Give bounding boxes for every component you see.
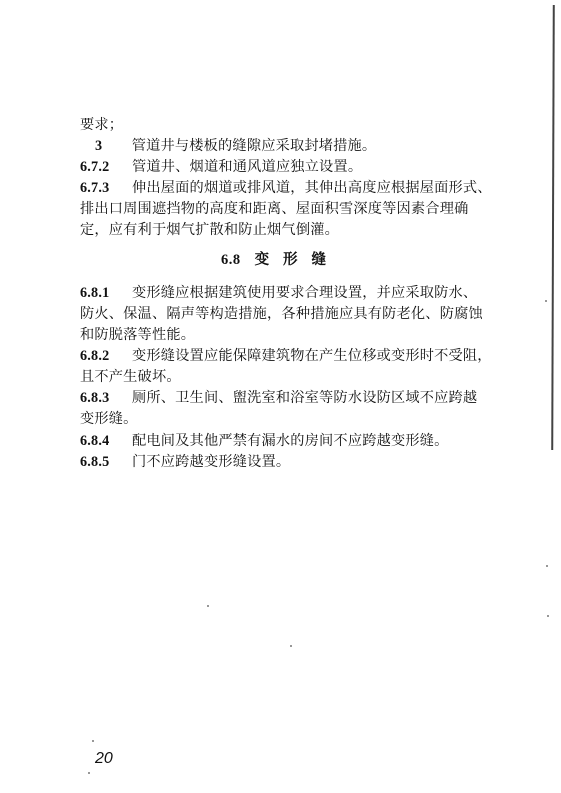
page-number: 20 bbox=[95, 750, 113, 768]
text-line-continuation: 要求； bbox=[80, 115, 484, 136]
line-text: 变形缝设置应能保障建筑物在产生位移或变形时不受阻， bbox=[132, 348, 492, 364]
clause-6-7-2: 6.7.2管道井、烟道和通风道应独立设置。 bbox=[80, 157, 484, 178]
clause-6-8-4: 6.8.4配电间及其他严禁有漏水的房间不应跨越变形缝。 bbox=[80, 431, 484, 452]
clause-6-8-1: 6.8.1变形缝应根据建筑使用要求合理设置，并应采取防水、 bbox=[80, 283, 484, 304]
line-text: 厕所、卫生间、盥洗室和浴室等防水设防区域不应跨越 bbox=[132, 390, 477, 406]
item-number: 3 bbox=[95, 136, 115, 157]
clause-6-8-1-cont: 防火、保温、隔声等构造措施，各种措施应具有防老化、防腐蚀 bbox=[80, 304, 484, 325]
line-text: 变形缝应根据建筑使用要求合理设置，并应采取防水、 bbox=[132, 285, 477, 301]
line-text: 定，应有利于烟气扩散和防止烟气倒灌。 bbox=[80, 222, 339, 238]
clause-number: 6.8.1 bbox=[80, 283, 132, 304]
clause-6-8-3: 6.8.3厕所、卫生间、盥洗室和浴室等防水设防区域不应跨越 bbox=[80, 388, 484, 409]
line-text: 管道井与楼板的缝隙应采取封堵措施。 bbox=[132, 138, 377, 154]
scan-edge-line bbox=[551, 5, 555, 450]
line-text: 和防脱落等性能。 bbox=[80, 327, 195, 343]
scan-speck bbox=[88, 772, 90, 774]
line-text: 伸出屋面的烟道或排风道，其伸出高度应根据屋面形式、 bbox=[132, 180, 492, 196]
clause-number: 6.8.3 bbox=[80, 388, 132, 409]
list-item-3: 3 管道井与楼板的缝隙应采取封堵措施。 bbox=[95, 136, 499, 157]
section-heading: 6.8变形缝 bbox=[0, 248, 561, 269]
line-text: 且不产生破坏。 bbox=[80, 369, 181, 385]
line-text: 变形缝。 bbox=[80, 411, 138, 427]
document-page: 要求； 3 管道井与楼板的缝隙应采取封堵措施。 6.7.2管道井、烟道和通风道应… bbox=[0, 0, 561, 793]
section-title: 变形缝 bbox=[255, 251, 341, 268]
clause-6-7-3: 6.7.3伸出屋面的烟道或排风道，其伸出高度应根据屋面形式、 bbox=[80, 178, 484, 199]
line-text: 要求； bbox=[80, 117, 123, 133]
clause-number: 6.8.4 bbox=[80, 431, 132, 452]
clause-number: 6.8.5 bbox=[80, 452, 132, 473]
line-text: 防火、保温、隔声等构造措施，各种措施应具有防老化、防腐蚀 bbox=[80, 306, 483, 322]
scan-speck bbox=[290, 645, 292, 647]
scan-speck bbox=[92, 740, 94, 742]
line-text: 配电间及其他严禁有漏水的房间不应跨越变形缝。 bbox=[132, 433, 449, 449]
clause-6-8-1-cont: 和防脱落等性能。 bbox=[80, 325, 484, 346]
clause-6-8-3-cont: 变形缝。 bbox=[80, 409, 484, 430]
clause-6-8-2-cont: 且不产生破坏。 bbox=[80, 367, 484, 388]
scan-speck bbox=[207, 605, 209, 607]
scan-speck bbox=[545, 300, 547, 302]
line-text: 管道井、烟道和通风道应独立设置。 bbox=[132, 159, 362, 175]
line-text: 排出口周围遮挡物的高度和距离、屋面积雪深度等因素合理确 bbox=[80, 201, 468, 217]
section-number: 6.8 bbox=[221, 252, 241, 268]
line-text: 门不应跨越变形缝设置。 bbox=[132, 454, 290, 470]
clause-6-8-5: 6.8.5门不应跨越变形缝设置。 bbox=[80, 452, 484, 473]
clause-6-7-3-cont: 定，应有利于烟气扩散和防止烟气倒灌。 bbox=[80, 220, 484, 241]
clause-6-8-2: 6.8.2变形缝设置应能保障建筑物在产生位移或变形时不受阻， bbox=[80, 346, 484, 367]
scan-speck bbox=[546, 565, 548, 567]
scan-speck bbox=[547, 615, 549, 617]
clause-6-7-3-cont: 排出口周围遮挡物的高度和距离、屋面积雪深度等因素合理确 bbox=[80, 199, 484, 220]
clause-number: 6.8.2 bbox=[80, 346, 132, 367]
clause-number: 6.7.2 bbox=[80, 157, 132, 178]
clause-number: 6.7.3 bbox=[80, 178, 132, 199]
